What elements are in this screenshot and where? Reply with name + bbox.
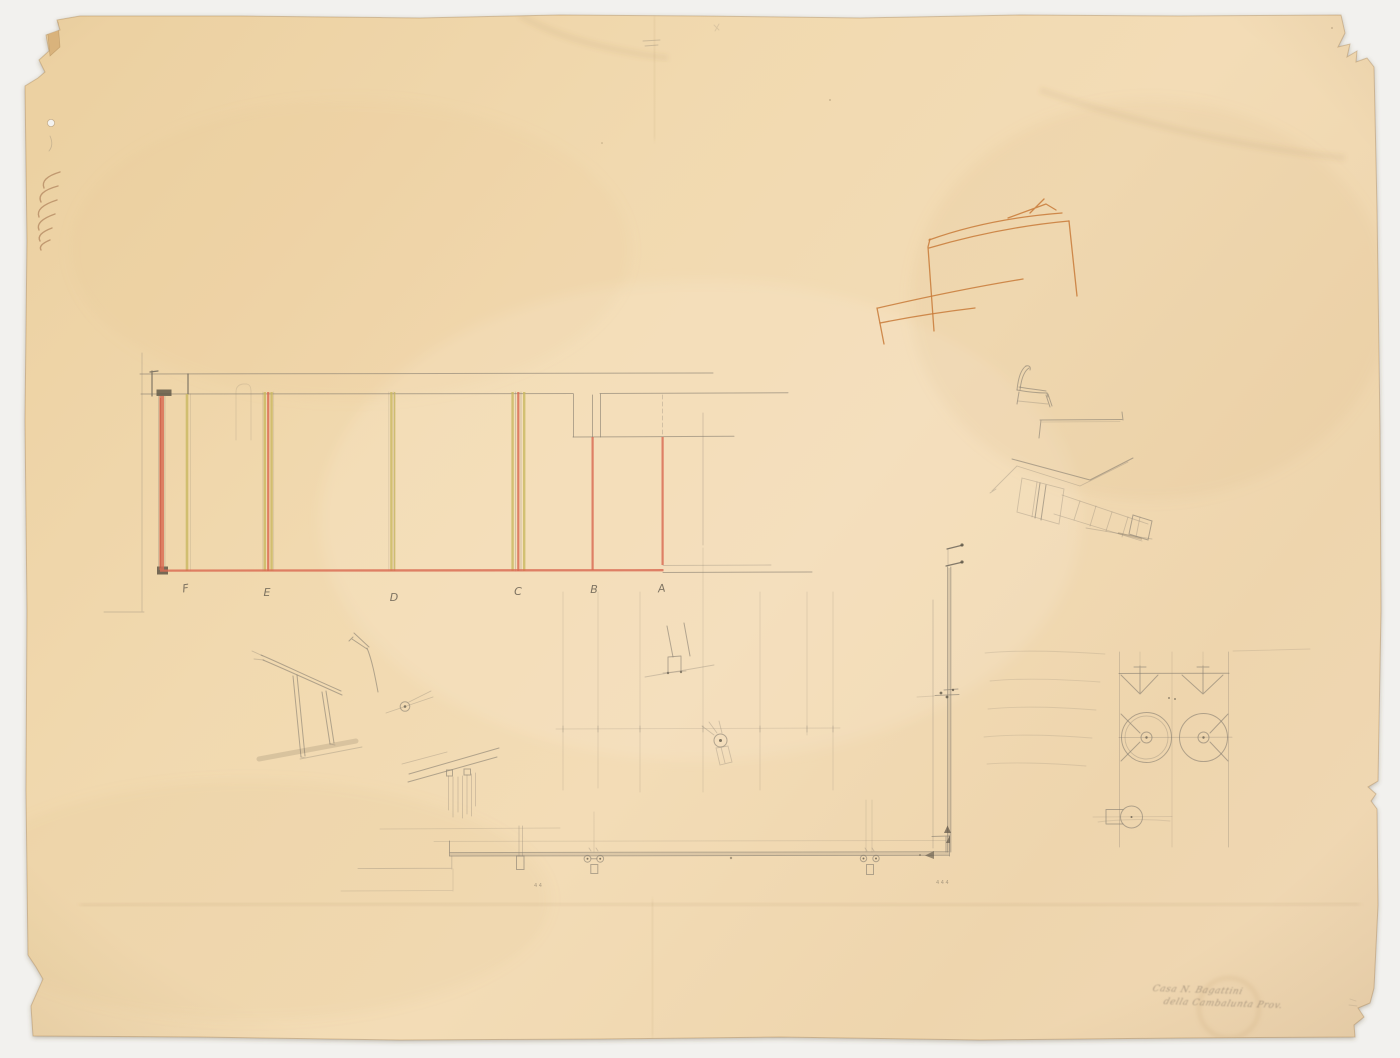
red-mullion-left	[159, 396, 165, 570]
bay-label-e: E	[264, 586, 271, 599]
paper-texture	[0, 0, 1400, 1058]
plan-mid-mark	[730, 857, 732, 859]
scanned-drawing-sheet: F E D C B A	[0, 0, 1400, 1058]
bay-label-d: D	[390, 591, 398, 604]
post-cap-detail	[157, 390, 172, 397]
bay-label-c: C	[514, 585, 522, 598]
bay-label-a: A	[656, 582, 666, 596]
dim-note-right: 4 4 4	[936, 880, 949, 886]
dim-note-left: 4 4	[534, 883, 542, 889]
mullion-group-e	[263, 392, 274, 571]
drawing-canvas: F E D C B A	[0, 0, 1400, 1058]
bay-label-b: B	[590, 583, 598, 596]
